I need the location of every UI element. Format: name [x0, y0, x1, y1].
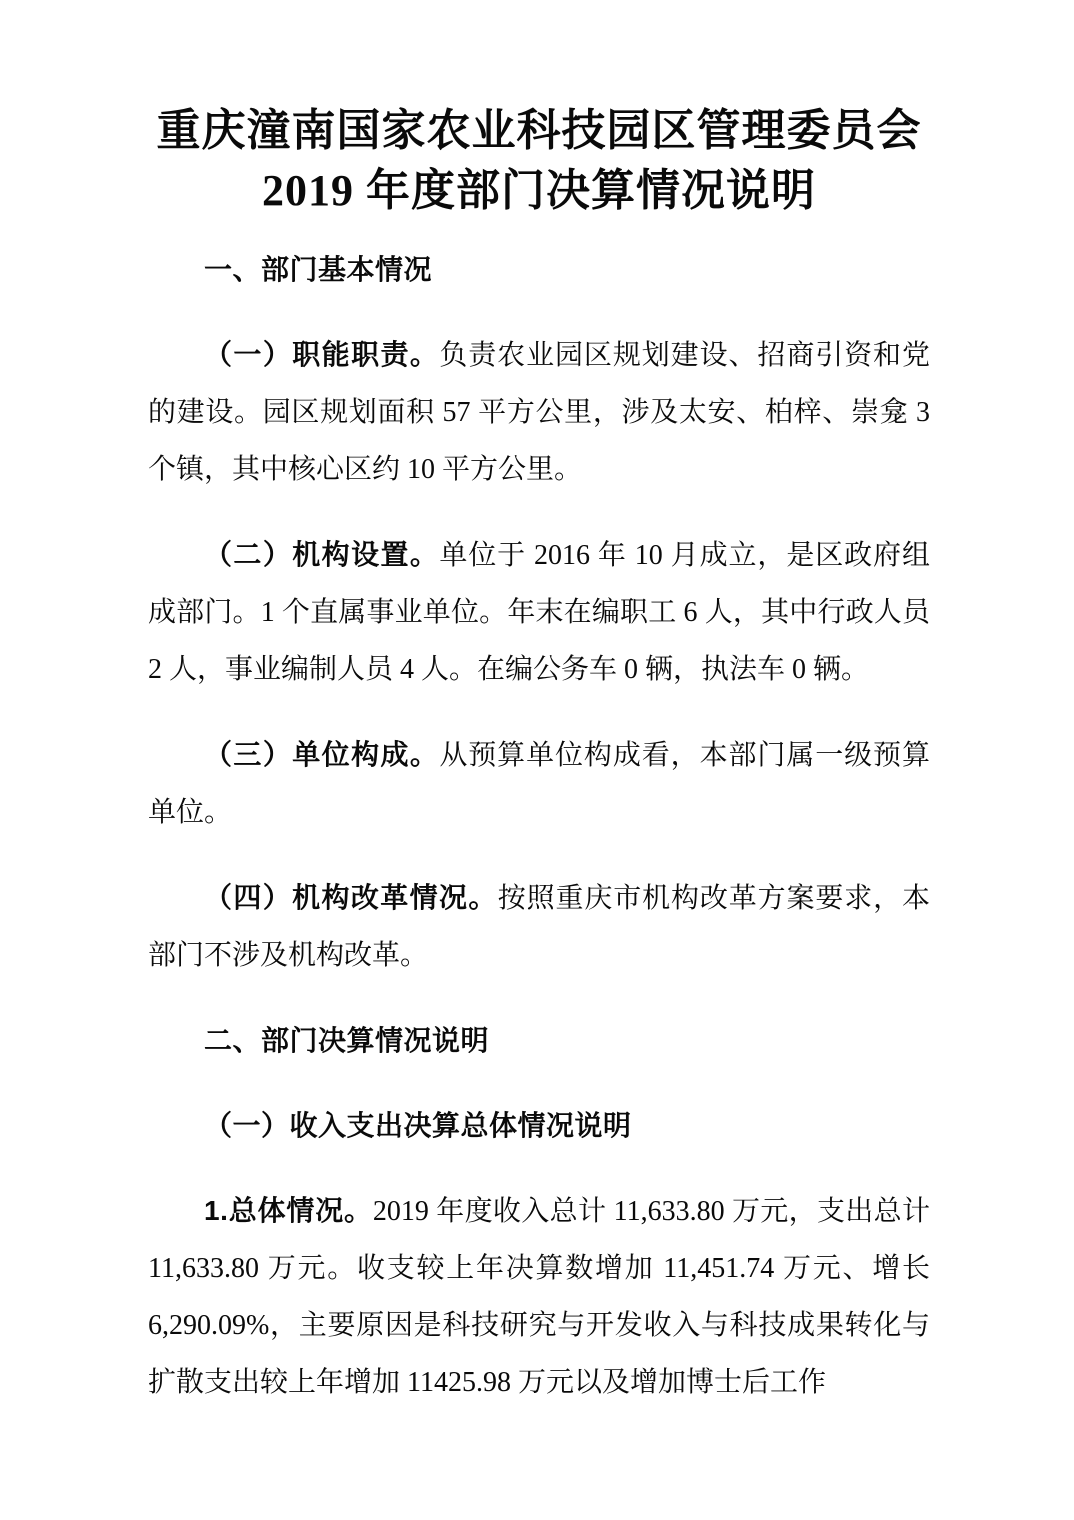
- paragraph-duties-label: （一）职能职责。: [204, 339, 439, 370]
- section-1-heading: 一、部门基本情况: [148, 241, 930, 298]
- paragraph-organization: （二）机构设置。单位于 2016 年 10 月成立，是区政府组成部门。1 个直属…: [148, 526, 930, 698]
- document-page: 重庆潼南国家农业科技园区管理委员会 2019 年度部门决算情况说明 一、部门基本…: [0, 0, 1074, 1520]
- paragraph-duties: （一）职能职责。负责农业园区规划建设、招商引资和党的建设。园区规划面积 57 平…: [148, 326, 930, 498]
- document-title-line-2: 2019 年度部门决算情况说明: [148, 161, 930, 221]
- paragraph-unit-composition-label: （三）单位构成。: [204, 739, 439, 770]
- document-title: 重庆潼南国家农业科技园区管理委员会 2019 年度部门决算情况说明: [148, 101, 930, 221]
- document-title-line-1: 重庆潼南国家农业科技园区管理委员会: [148, 101, 930, 161]
- paragraph-overall-situation-text: 2019 年度收入总计 11,633.80 万元，支出总计 11,633.80 …: [148, 1196, 930, 1398]
- paragraph-organization-label: （二）机构设置。: [204, 539, 439, 570]
- paragraph-overall-situation-label: 1.总体情况。: [204, 1195, 373, 1226]
- paragraph-institutional-reform-label: （四）机构改革情况。: [204, 882, 498, 913]
- paragraph-institutional-reform: （四）机构改革情况。按照重庆市机构改革方案要求，本部门不涉及机构改革。: [148, 869, 930, 984]
- paragraph-unit-composition: （三）单位构成。从预算单位构成看，本部门属一级预算单位。: [148, 726, 930, 841]
- section-2-heading: 二、部门决算情况说明: [148, 1012, 930, 1069]
- subsection-income-expenditure-heading: （一）收入支出决算总体情况说明: [148, 1097, 930, 1154]
- paragraph-overall-situation: 1.总体情况。2019 年度收入总计 11,633.80 万元，支出总计 11,…: [148, 1182, 930, 1411]
